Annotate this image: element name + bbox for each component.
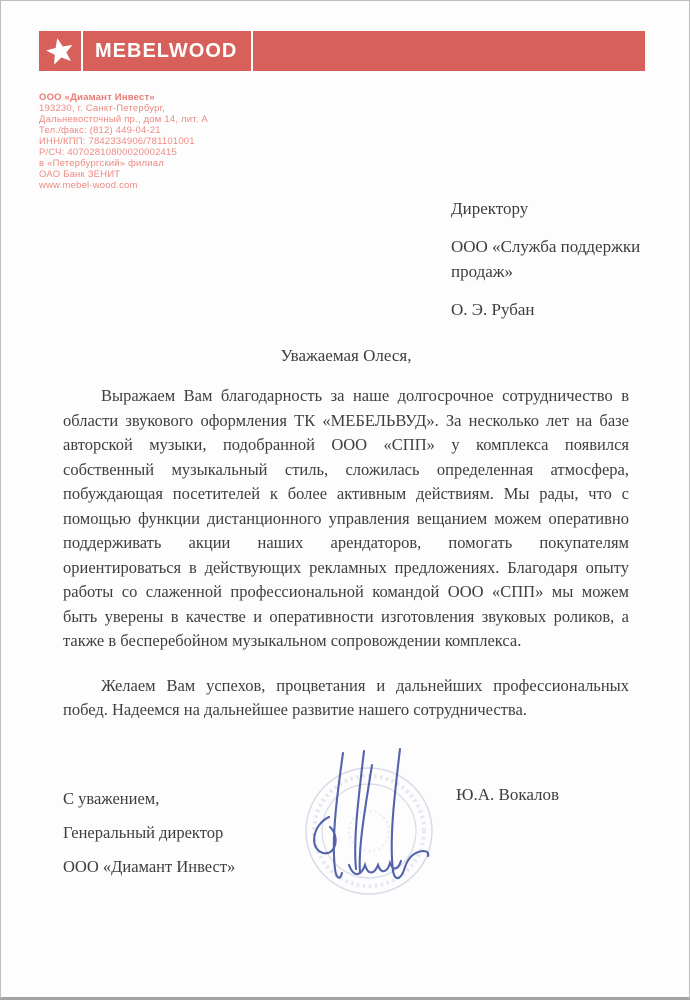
letterhead-contact-block: ООО «Диамант Инвест» 193230, г. Санкт-Пе… (39, 92, 208, 191)
addressee-name: О. Э. Рубан (451, 297, 651, 322)
letterhead-line-address-street: Дальневосточный пр., дом 14, лит. А (39, 114, 208, 125)
brand-logo-text: MEBELWOOD (95, 40, 237, 63)
salutation-line: Уважаемая Олеся, (1, 346, 690, 366)
closing-block: С уважением, Генеральный директор ООО «Д… (63, 782, 235, 884)
closing-title: Генеральный директор (63, 816, 235, 850)
addressee-block: Директору ООО «Служба поддержки продаж» … (451, 196, 651, 322)
star-icon (45, 36, 75, 66)
letterhead-banner: MEBELWOOD (39, 31, 645, 71)
closing-regards: С уважением, (63, 782, 235, 816)
letter-body: Выражаем Вам благодарность за наше долго… (63, 384, 629, 723)
addressee-company: ООО «Служба поддержки продаж» (451, 234, 651, 284)
stamp-and-signature (279, 739, 464, 924)
letterhead-line-inn-kpp: ИНН/КПП: 7842334906/781101001 (39, 136, 208, 147)
letterhead-line-address-zip: 193230, г. Санкт-Петербург, (39, 103, 208, 114)
logo-text-box: MEBELWOOD (83, 31, 251, 71)
letterhead-company-name: ООО «Диамант Инвест» (39, 92, 208, 103)
closing-company: ООО «Диамант Инвест» (63, 850, 235, 884)
letter-page: MEBELWOOD ООО «Диамант Инвест» 193230, г… (0, 0, 690, 1000)
letterhead-line-phone: Тел./факс: (812) 449-04-21 (39, 125, 208, 136)
addressee-position: Директору (451, 196, 651, 221)
letterhead-line-account: Р/СЧ: 40702810800020002415 (39, 147, 208, 158)
letterhead-line-bank: ОАО Банк ЗЕНИТ (39, 169, 208, 180)
body-paragraph-1: Выражаем Вам благодарность за наше долго… (63, 384, 629, 654)
letterhead-line-website: www.mebel-wood.com (39, 180, 208, 191)
logo-star-box (39, 31, 81, 71)
body-paragraph-2: Желаем Вам успехов, процветания и дальне… (63, 674, 629, 723)
signatory-name: Ю.А. Вокалов (456, 785, 559, 805)
banner-fill-bar (253, 31, 645, 71)
letterhead-line-branch: в «Петербургский» филиал (39, 158, 208, 169)
